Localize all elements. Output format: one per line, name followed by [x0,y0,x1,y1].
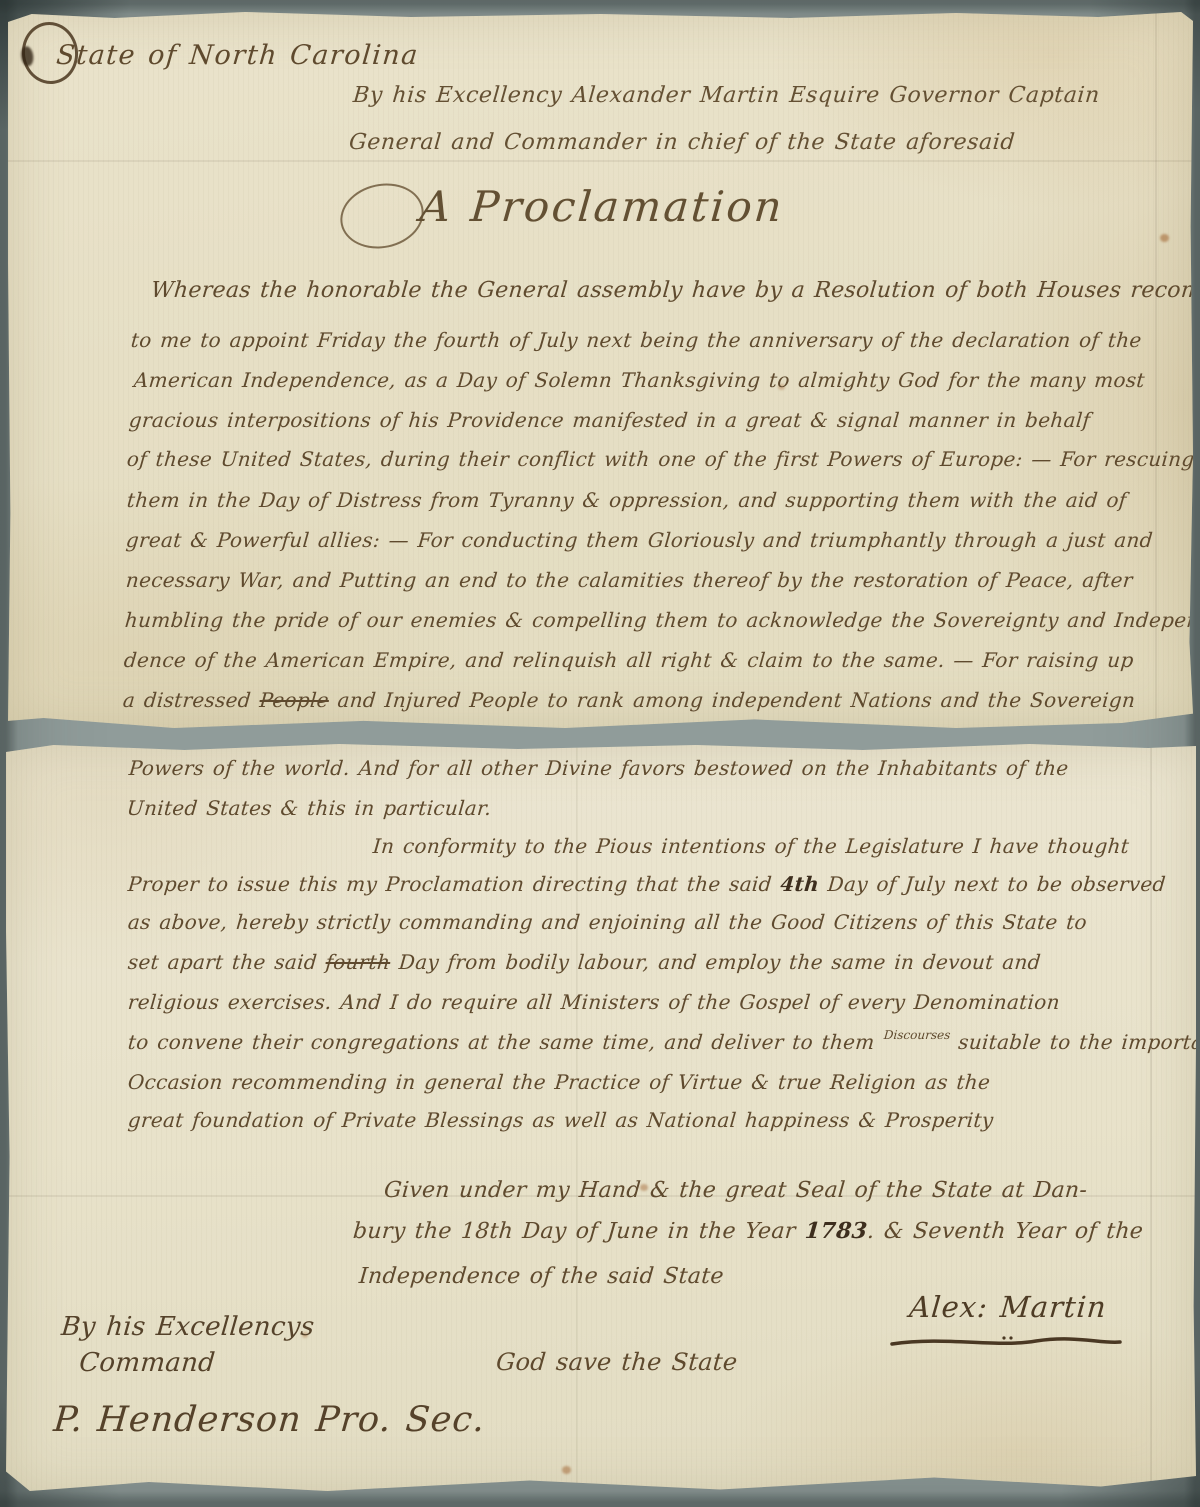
manuscript-line: great foundation of Private Blessings as… [127,1108,995,1132]
manuscript-line: In conformity to the Pious intentions of… [372,834,1130,858]
byline-line-2: General and Commander in chief of the St… [348,130,1016,155]
foxing-spot [1160,234,1169,242]
manuscript-line: set apart the said fourth Day from bodil… [127,950,1042,974]
inked-year: 1783 [804,1218,869,1244]
line-segment: bury the 18th Day of June in the Year [352,1219,806,1244]
command-line-2: Command [78,1348,216,1378]
fold-crease [1150,744,1152,1494]
manuscript-line: of these United States, during their con… [126,447,1196,471]
manuscript-line: to convene their congregations at the sa… [127,1030,1200,1054]
signature-alexander-martin: Alex: Martin [908,1290,1108,1324]
line-segment: a distressed [122,688,261,712]
closing-line: Independence of the said State [358,1264,725,1289]
signature-flourish [886,1332,1126,1352]
state-heading: State of North Carolina [55,40,420,71]
manuscript-line: United States & this in particular. [126,796,493,820]
inserted-word: Discourses [883,1028,951,1042]
manuscript-line: Whereas the honorable the General assemb… [150,278,1200,303]
closing-line: Given under my Hand & the great Seal of … [383,1178,1088,1203]
closing-line: bury the 18th Day of June in the Year 17… [352,1218,1144,1244]
manuscript-line: religious exercises. And I do require al… [127,990,1061,1014]
line-segment: and Injured People to rank among indepen… [328,688,1136,712]
inked-date: 4th [779,872,820,896]
manuscript-line: a distressed People and Injured People t… [122,688,1136,712]
line-segment: set apart the said [127,950,327,974]
manuscript-line: Proper to issue this my Proclamation dir… [127,872,1167,896]
paper-sheet-1: State of North Carolina By his Excellenc… [8,12,1193,728]
command-line-1: By his Excellencys [60,1312,316,1342]
proclamation-title: A Proclamation [418,182,786,231]
manuscript-line: American Independence, as a Day of Solem… [133,368,1146,392]
motto: God save the State [495,1348,739,1376]
manuscript-line: dence of the American Empire, and relinq… [123,648,1135,672]
line-segment: suitable to the important [949,1030,1200,1054]
calligraphic-flourish [334,176,429,256]
manuscript-line: as above, hereby strictly commanding and… [127,910,1088,934]
document-scan: State of North Carolina By his Excellenc… [0,0,1200,1507]
manuscript-line: Occasion recommending in general the Pra… [127,1070,991,1094]
byline-line-1: By his Excellency Alexander Martin Esqui… [352,83,1101,108]
manuscript-line: to me to appoint Friday the fourth of Ju… [130,328,1143,352]
foxing-spot [562,1466,571,1474]
struck-word: fourth [325,950,392,974]
line-segment: to convene their congregations at the sa… [127,1030,884,1054]
line-segment: Day from bodily labour, and employ the s… [389,950,1042,974]
line-segment: Day of July next to be observed [818,872,1167,896]
manuscript-line: necessary War, and Putting an end to the… [125,568,1134,592]
struck-word: People [259,688,330,712]
manuscript-line: humbling the pride of our enemies & comp… [124,608,1200,632]
paper-sheet-2: Powers of the world. And for all other D… [6,744,1196,1494]
line-segment: . & Seventh Year of the [866,1219,1144,1244]
manuscript-line: great & Powerful allies: — For conductin… [125,528,1154,552]
secretary-signature: P. Henderson Pro. Sec. [52,1400,487,1440]
fold-crease [8,160,1193,162]
line-segment: Proper to issue this my Proclamation dir… [127,872,782,896]
manuscript-line: them in the Day of Distress from Tyranny… [126,488,1128,512]
manuscript-line: gracious interpositions of his Providenc… [128,408,1091,432]
manuscript-line: Powers of the world. And for all other D… [128,756,1070,780]
